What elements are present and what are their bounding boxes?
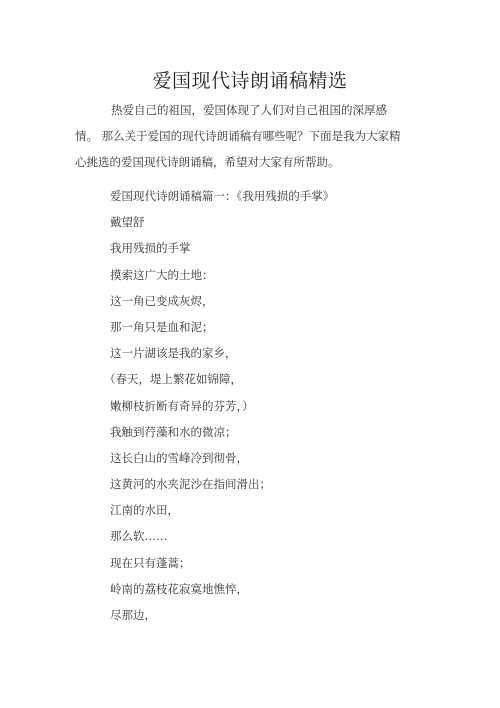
poem-line: 这一片湖该是我的家乡， — [110, 340, 334, 366]
poem-line: 尽那边， — [110, 602, 334, 628]
poem-line: 江南的水田， — [110, 497, 334, 523]
poem-line: （春天，堤上繁花如锦障， — [104, 366, 334, 392]
poem-body: 爱国现代诗朗诵稿篇一：《我用残损的手掌》 戴望舒 我用残损的手掌 摸索这广大的土… — [110, 183, 334, 628]
poem-line: 那么软…… — [110, 523, 334, 549]
poem-heading: 爱国现代诗朗诵稿篇一：《我用残损的手掌》 — [110, 183, 334, 209]
poem-line: 我用残损的手掌 — [110, 235, 334, 261]
poem-author: 戴望舒 — [110, 209, 334, 235]
poem-line: 嫩柳枝折断有奇异的芬芳，） — [110, 393, 334, 419]
intro-paragraph: 热爱自己的祖国，爱国体现了人们对自己祖国的深厚感情。 那么关于爱国的现代诗朗诵稿… — [75, 97, 405, 175]
poem-line: 那一角只是血和泥； — [110, 314, 334, 340]
poem-line: 这黄河的水夹泥沙在指间滑出； — [110, 471, 334, 497]
poem-line: 岭南的荔枝花寂寞地憔悴， — [110, 576, 334, 602]
poem-line: 我触到荇藻和水的微凉； — [110, 419, 334, 445]
poem-line: 这长白山的雪峰冷到彻骨， — [110, 445, 334, 471]
poem-line: 这一角已变成灰烬， — [110, 288, 334, 314]
poem-line: 摸索这广大的土地： — [110, 262, 334, 288]
poem-line: 现在只有蓬蒿； — [110, 550, 334, 576]
document-title: 爱国现代诗朗诵稿精选 — [0, 66, 500, 93]
